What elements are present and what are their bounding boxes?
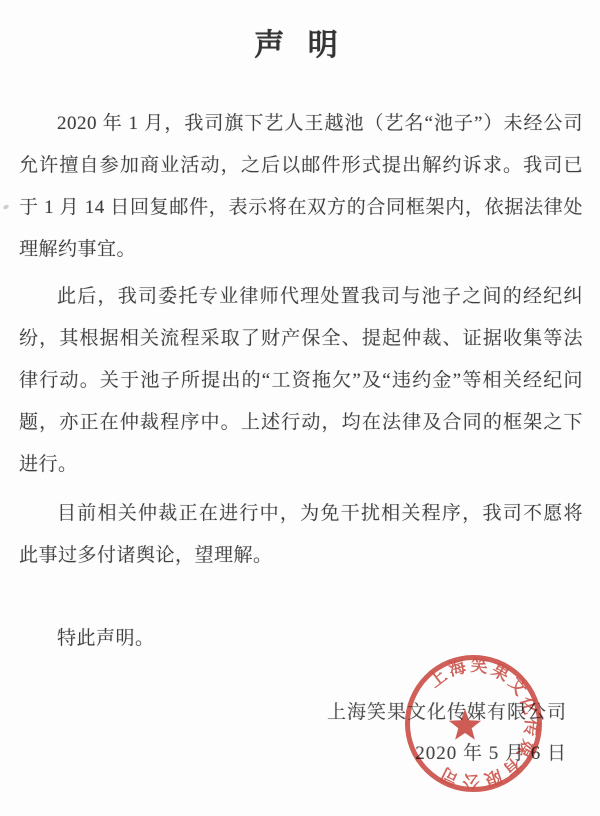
- paragraph-2: 此后，我司委托专业律师代理处置我司与池子之间的经纪纠纷，其根据相关流程采取了财产…: [19, 276, 583, 486]
- statement-document-page: 声 明 2020 年 1 月，我司旗下艺人王越池（艺名“池子”）未经公司允许擅自…: [0, 0, 600, 816]
- document-title: 声 明: [0, 20, 600, 64]
- paragraph-3: 目前相关仲裁正在进行中，为免干扰相关程序，我司不愿将此事过多付诸舆论，望理解。: [19, 493, 583, 577]
- company-seal-stamp-icon: 上海笑果文化传媒有限公司: [403, 653, 544, 794]
- paragraph-1: 2020 年 1 月，我司旗下艺人王越池（艺名“池子”）未经公司允许擅自参加商业…: [19, 103, 583, 271]
- seal-star-icon: [449, 709, 481, 740]
- scan-artifact: [2, 204, 9, 210]
